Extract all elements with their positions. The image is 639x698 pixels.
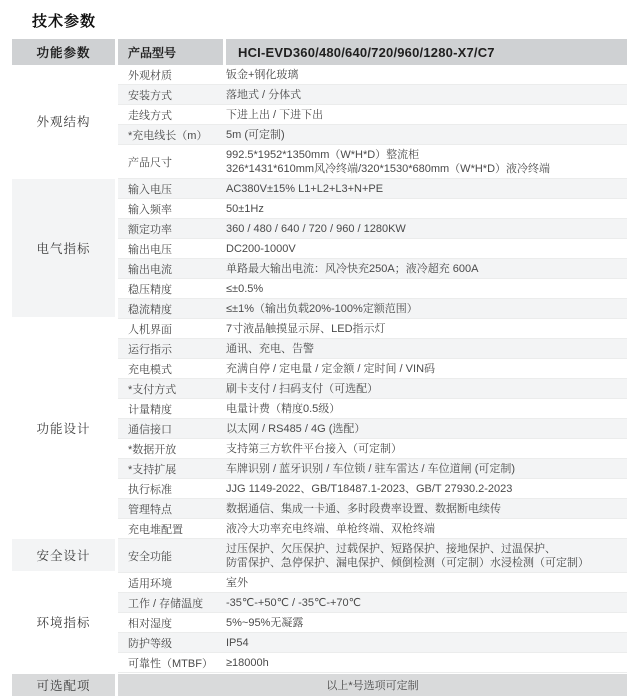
- spec-row: 外观材质钣金+钢化玻璃: [118, 65, 627, 85]
- spec-row: 适用环境室外: [118, 573, 627, 593]
- section-rows: 适用环境室外工作 / 存储温度-35℃-+50℃ / -35℃-+70℃相对湿度…: [118, 573, 627, 673]
- section-group: 外观结构外观材质钣金+钢化玻璃安装方式落地式 / 分体式走线方式下进上出 / 下…: [12, 65, 627, 179]
- spec-label: 计量精度: [118, 401, 226, 417]
- spec-value: 钣金+钢化玻璃: [226, 68, 627, 82]
- page-title: 技术参数: [32, 10, 627, 31]
- spec-label: 可靠性（MTBF）: [118, 655, 226, 671]
- section-name: 外观结构: [12, 65, 118, 179]
- table-header-row: 功能参数 产品型号 HCI-EVD360/480/640/720/960/128…: [12, 39, 627, 65]
- spec-label: 执行标准: [118, 481, 226, 497]
- spec-row: 安全功能过压保护、欠压保护、过载保护、短路保护、接地保护、过温保护、 防雷保护、…: [118, 539, 627, 573]
- spec-label: 额定功率: [118, 221, 226, 237]
- spec-label: 工作 / 存储温度: [118, 595, 226, 611]
- spec-label: 管理特点: [118, 501, 226, 517]
- spec-label: *支持扩展: [118, 461, 226, 477]
- section-group: 安全设计安全功能过压保护、欠压保护、过载保护、短路保护、接地保护、过温保护、 防…: [12, 539, 627, 573]
- spec-label: 输出电流: [118, 261, 226, 277]
- spec-label: 防护等级: [118, 635, 226, 651]
- spec-value: DC200-1000V: [226, 242, 627, 256]
- spec-value: 过压保护、欠压保护、过载保护、短路保护、接地保护、过温保护、 防雷保护、急停保护…: [226, 542, 627, 570]
- spec-row: 充电堆配置液冷大功率充电终端、单枪终端、双枪终端: [118, 519, 627, 539]
- spec-value: 落地式 / 分体式: [226, 88, 627, 102]
- spec-label: 输入频率: [118, 201, 226, 217]
- section-rows: 外观材质钣金+钢化玻璃安装方式落地式 / 分体式走线方式下进上出 / 下进下出*…: [118, 65, 627, 179]
- spec-value: ≤±1%（输出负载20%-100%定额范围）: [226, 302, 627, 316]
- section-group: 环境指标适用环境室外工作 / 存储温度-35℃-+50℃ / -35℃-+70℃…: [12, 573, 627, 673]
- spec-value: IP54: [226, 636, 627, 650]
- spec-row: 工作 / 存储温度-35℃-+50℃ / -35℃-+70℃: [118, 593, 627, 613]
- spec-label: 稳流精度: [118, 301, 226, 317]
- spec-row: 执行标准JJG 1149-2022、GB/T18487.1-2023、GB/T …: [118, 479, 627, 499]
- spec-value: 以太网 / RS485 / 4G (选配）: [226, 422, 627, 436]
- spec-row: 稳压精度≤±0.5%: [118, 279, 627, 299]
- spec-row: *充电线长（m）5m (可定制): [118, 125, 627, 145]
- spec-label: 充电模式: [118, 361, 226, 377]
- spec-label: *支付方式: [118, 381, 226, 397]
- section-group: 电气指标输入电压AC380V±15% L1+L2+L3+N+PE输入频率50±1…: [12, 179, 627, 319]
- spec-row: 通信接口以太网 / RS485 / 4G (选配）: [118, 419, 627, 439]
- spec-row: 产品尺寸992.5*1952*1350mm（W*H*D）整流柜 326*1431…: [118, 145, 627, 179]
- spec-value: JJG 1149-2022、GB/T18487.1-2023、GB/T 2793…: [226, 482, 627, 496]
- footer-section-name: 可选配项: [12, 674, 118, 696]
- section-group: 功能设计人机界面7寸液晶触摸显示屏、LED指示灯运行指示通讯、充电、告警充电模式…: [12, 319, 627, 539]
- spec-value: 支持第三方软件平台接入（可定制）: [226, 442, 627, 456]
- spec-row: 可靠性（MTBF）≥18000h: [118, 653, 627, 673]
- table-body: 外观结构外观材质钣金+钢化玻璃安装方式落地式 / 分体式走线方式下进上出 / 下…: [12, 65, 627, 673]
- spec-value: AC380V±15% L1+L2+L3+N+PE: [226, 182, 627, 196]
- spec-row: *支持扩展车牌识别 / 蓝牙识别 / 车位锁 / 驻车雷达 / 车位道闸 (可定…: [118, 459, 627, 479]
- spec-label: 输入电压: [118, 181, 226, 197]
- spec-value: 992.5*1952*1350mm（W*H*D）整流柜 326*1431*610…: [226, 148, 627, 176]
- spec-value: 液冷大功率充电终端、单枪终端、双枪终端: [226, 522, 627, 536]
- section-rows: 安全功能过压保护、欠压保护、过载保护、短路保护、接地保护、过温保护、 防雷保护、…: [118, 539, 627, 573]
- section-rows: 人机界面7寸液晶触摸显示屏、LED指示灯运行指示通讯、充电、告警充电模式充满自停…: [118, 319, 627, 539]
- spec-row: *数据开放支持第三方软件平台接入（可定制）: [118, 439, 627, 459]
- spec-label: 输出电压: [118, 241, 226, 257]
- spec-row: 充电模式充满自停 / 定电量 / 定金额 / 定时间 / VIN码: [118, 359, 627, 379]
- spec-row: 管理特点数据通信、集成一卡通、多时段费率设置、数据断电续传: [118, 499, 627, 519]
- spec-label: 产品尺寸: [118, 154, 226, 170]
- spec-row: 相对湿度5%~95%无凝露: [118, 613, 627, 633]
- spec-value: 刷卡支付 / 扫码支付（可选配）: [226, 382, 627, 396]
- spec-value: 下进上出 / 下进下出: [226, 108, 627, 122]
- spec-row: 输出电流单路最大输出电流：风冷快充250A；液冷超充 600A: [118, 259, 627, 279]
- section-name: 功能设计: [12, 319, 118, 539]
- spec-row: 输出电压DC200-1000V: [118, 239, 627, 259]
- spec-value: 50±1Hz: [226, 202, 627, 216]
- spec-label: 运行指示: [118, 341, 226, 357]
- spec-value: 通讯、充电、告警: [226, 342, 627, 356]
- spec-label: *数据开放: [118, 441, 226, 457]
- spec-row: 额定功率360 / 480 / 640 / 720 / 960 / 1280KW: [118, 219, 627, 239]
- header-product-model-label: 产品型号: [118, 39, 226, 65]
- spec-value: 数据通信、集成一卡通、多时段费率设置、数据断电续传: [226, 502, 627, 516]
- spec-value: 5m (可定制): [226, 128, 627, 142]
- spec-label: 安全功能: [118, 548, 226, 564]
- spec-label: *充电线长（m）: [118, 127, 226, 143]
- spec-row: 运行指示通讯、充电、告警: [118, 339, 627, 359]
- spec-value: 7寸液晶触摸显示屏、LED指示灯: [226, 322, 627, 336]
- spec-value: 5%~95%无凝露: [226, 616, 627, 630]
- spec-label: 人机界面: [118, 321, 226, 337]
- spec-value: 室外: [226, 576, 627, 590]
- spec-value: 单路最大输出电流：风冷快充250A；液冷超充 600A: [226, 262, 627, 276]
- header-product-model-value: HCI-EVD360/480/640/720/960/1280-X7/C7: [226, 39, 627, 65]
- spec-label: 安装方式: [118, 87, 226, 103]
- spec-label: 相对湿度: [118, 615, 226, 631]
- spec-row: 计量精度电量计费（精度0.5级）: [118, 399, 627, 419]
- spec-label: 外观材质: [118, 67, 226, 83]
- spec-row: 输入电压AC380V±15% L1+L2+L3+N+PE: [118, 179, 627, 199]
- spec-row: 人机界面7寸液晶触摸显示屏、LED指示灯: [118, 319, 627, 339]
- spec-label: 稳压精度: [118, 281, 226, 297]
- spec-label: 充电堆配置: [118, 521, 226, 537]
- spec-value: 充满自停 / 定电量 / 定金额 / 定时间 / VIN码: [226, 362, 627, 376]
- section-name: 环境指标: [12, 573, 118, 673]
- spec-value: -35℃-+50℃ / -35℃-+70℃: [226, 596, 627, 610]
- spec-row: 安装方式落地式 / 分体式: [118, 85, 627, 105]
- spec-label: 走线方式: [118, 107, 226, 123]
- spec-label: 适用环境: [118, 575, 226, 591]
- spec-value: 360 / 480 / 640 / 720 / 960 / 1280KW: [226, 222, 627, 236]
- footer-note: 以上*号选项可定制: [118, 674, 627, 696]
- spec-table: 功能参数 产品型号 HCI-EVD360/480/640/720/960/128…: [12, 39, 627, 696]
- spec-row: *支付方式刷卡支付 / 扫码支付（可选配）: [118, 379, 627, 399]
- footer-row: 可选配项 以上*号选项可定制: [12, 674, 627, 696]
- spec-label: 通信接口: [118, 421, 226, 437]
- spec-value: ≥18000h: [226, 656, 627, 670]
- spec-value: 车牌识别 / 蓝牙识别 / 车位锁 / 驻车雷达 / 车位道闸 (可定制): [226, 462, 627, 476]
- header-function-params: 功能参数: [12, 39, 118, 65]
- spec-row: 稳流精度≤±1%（输出负载20%-100%定额范围）: [118, 299, 627, 319]
- spec-value: 电量计费（精度0.5级）: [226, 402, 627, 416]
- section-rows: 输入电压AC380V±15% L1+L2+L3+N+PE输入频率50±1Hz额定…: [118, 179, 627, 319]
- spec-row: 防护等级IP54: [118, 633, 627, 653]
- section-name: 电气指标: [12, 179, 118, 319]
- spec-row: 走线方式下进上出 / 下进下出: [118, 105, 627, 125]
- spec-row: 输入频率50±1Hz: [118, 199, 627, 219]
- section-name: 安全设计: [12, 539, 118, 573]
- spec-value: ≤±0.5%: [226, 282, 627, 296]
